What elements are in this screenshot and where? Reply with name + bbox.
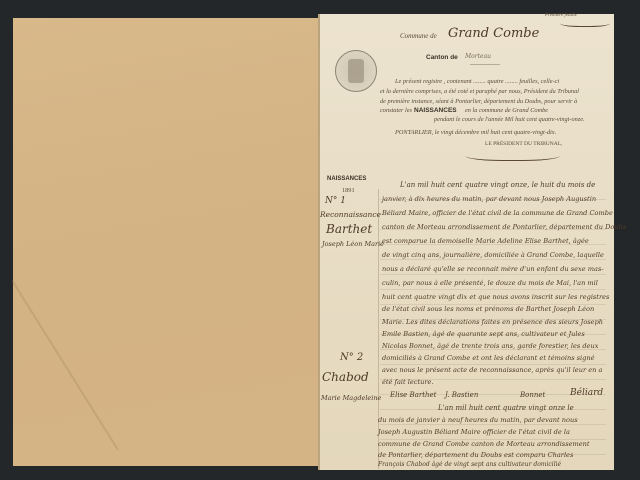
entry-2-surname: Chabod <box>322 370 369 384</box>
preamble-line-4-pre: constater les <box>380 107 412 114</box>
act-1-line: Nicolas Bonnet, âgé de trente trois ans,… <box>382 342 598 350</box>
signature-bastien: J. Bastien <box>445 391 478 399</box>
signature-elise-barthet: Elise Barthet <box>390 391 437 399</box>
preamble-line-2: et la dernière comprises, a été coté et … <box>380 88 579 95</box>
preamble-line-3: de première instance, séant à Pontarlier… <box>380 98 577 105</box>
act-1-line: Emile Bastien, âgé de quarante sept ans,… <box>382 330 585 338</box>
canton-label: Canton de <box>426 54 458 61</box>
act-1-line: de vingt cinq ans, journalière, domicili… <box>382 251 604 259</box>
place-date: PONTARLIER, le vingt décembre mil huit c… <box>395 129 556 136</box>
act-1-line: culin, par nous à elle présenté, le douz… <box>382 279 598 287</box>
margin-heading: NAISSANCES <box>327 176 366 182</box>
act-2-line: commune de Grand Combe canton de Morteau… <box>378 440 590 448</box>
president-signature <box>465 148 560 161</box>
entry-1-number: N° 1 <box>325 196 346 206</box>
act-2-line: L'an mil huit cent quatre vingt onze le <box>438 404 574 412</box>
margin-year: 1891 <box>342 187 355 194</box>
act-2-line: de Pontarlier, département du Doubs est … <box>378 451 573 459</box>
entry-2-number: N° 2 <box>340 352 363 363</box>
commune-label: Commune de <box>400 32 437 40</box>
canton-value: Morteau <box>465 53 491 60</box>
act-1-line: nous a déclaré qu'elle se reconnait mère… <box>382 265 604 273</box>
preamble-line-5: pendant le cours de l'année Mil huit cen… <box>434 116 585 123</box>
signature-beliard: Béliard <box>570 388 603 398</box>
entry-1-given: Joseph Léon Marie <box>322 240 384 248</box>
act-1-line: janvier, à dix heures du matin, par deva… <box>382 195 596 203</box>
act-1-line: Marie. Les dites déclarations faites en … <box>382 318 603 326</box>
act-1-line: L'an mil huit cent quatre vingt onze, le… <box>400 181 595 189</box>
signature-bonnet: Bonnet <box>520 391 545 399</box>
act-1-line: de l'état civil sous les noms et prénoms… <box>382 305 594 313</box>
preamble-line-1: Le présent registre , contenant ........… <box>395 78 559 85</box>
act-1-line: domiciliés à Grand Combe et ont les décl… <box>382 354 595 362</box>
act-1-line: huit cent quatre vingt dix et que nous a… <box>382 293 609 301</box>
entry-1-type: Reconnaissance <box>320 210 381 219</box>
paraph-signature <box>560 18 610 27</box>
act-1-line: canton de Morteau arrondissement de Pont… <box>382 223 626 231</box>
act-2-line: Joseph Augustin Béliard Maire officier d… <box>378 428 570 436</box>
act-1-line: Béliard Maire, officier de l'état civil … <box>382 209 613 217</box>
act-1-line: avec nous le présent acte de reconnaissa… <box>382 366 602 374</box>
commune-value: Grand Combe <box>448 26 539 41</box>
tribunal-stamp-icon <box>335 50 377 92</box>
president-title: LE PRÉSIDENT DU TRIBUNAL, <box>485 141 562 147</box>
act-2-line: du mois de janvier à neuf heures du mati… <box>378 416 578 424</box>
naissances-label: NAISSANCES <box>414 107 457 114</box>
entry-1-surname: Barthet <box>326 222 372 236</box>
preamble-line-4-post: en la commune de Grand Combe <box>465 107 548 114</box>
margin-rule <box>378 189 379 469</box>
act-1-line: est comparue la demoiselle Marie Adeline… <box>382 237 589 245</box>
entry-2-given: Marie Magdeleine <box>321 394 381 402</box>
act-1-line: été fait lecture. <box>382 378 434 386</box>
act-2-line: François Chabod âgé de vingt sept ans cu… <box>378 461 561 468</box>
left-page-blank <box>13 18 318 466</box>
